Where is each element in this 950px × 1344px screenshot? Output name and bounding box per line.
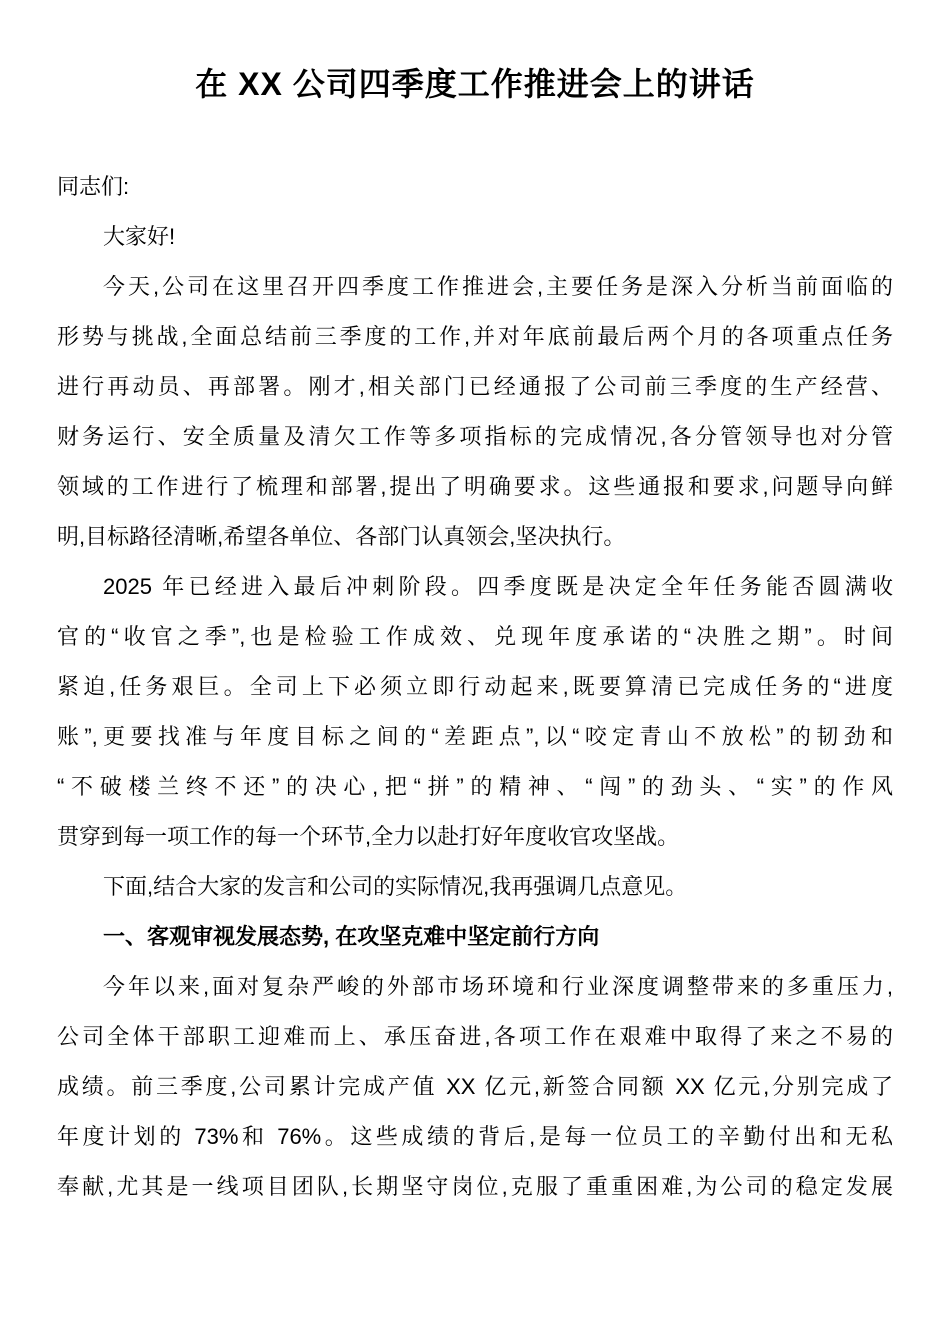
text-line: 官的“收官之季”,也是检验工作成效、兑现年度承诺的“决胜之期”。时间: [57, 612, 893, 662]
text-line: 公司全体干部职工迎难而上、承压奋进,各项工作在艰难中取得了来之不易的: [57, 1012, 893, 1062]
paragraph-heading: 一、客观审视发展态势, 在攻坚克难中坚定前行方向: [57, 912, 893, 962]
text-line: 明,目标路径清晰,希望各单位、各部门认真领会,坚决执行。: [57, 512, 893, 562]
text-line: 一、客观审视发展态势, 在攻坚克难中坚定前行方向: [57, 912, 893, 962]
text-line: 进行再动员、再部署。刚才,相关部门已经通报了公司前三季度的生产经营、: [57, 362, 893, 412]
text-line: 同志们:: [57, 162, 893, 212]
text-line: 贯穿到每一项工作的每一个环节,全力以赴打好年度收官攻坚战。: [57, 812, 893, 862]
text-line: 大家好!: [57, 212, 893, 262]
paragraph-greeting: 大家好!: [57, 212, 893, 262]
paragraph-salutation: 同志们:: [57, 162, 893, 212]
paragraph-body: 2025 年已经进入最后冲刺阶段。四季度既是决定全年任务能否圆满收官的“收官之季…: [57, 562, 893, 862]
document-body: 同志们:大家好!今天,公司在这里召开四季度工作推进会,主要任务是深入分析当前面临…: [57, 162, 893, 1212]
paragraph-body: 下面,结合大家的发言和公司的实际情况,我再强调几点意见。: [57, 862, 893, 912]
text-line: 今天,公司在这里召开四季度工作推进会,主要任务是深入分析当前面临的: [57, 262, 893, 312]
text-line: 财务运行、安全质量及清欠工作等多项指标的完成情况,各分管领导也对分管: [57, 412, 893, 462]
paragraph-body: 今天,公司在这里召开四季度工作推进会,主要任务是深入分析当前面临的形势与挑战,全…: [57, 262, 893, 562]
text-line: 账”,更要找准与年度目标之间的“差距点”,以“咬定青山不放松”的韧劲和: [57, 712, 893, 762]
text-line: 领域的工作进行了梳理和部署,提出了明确要求。这些通报和要求,问题导向鲜: [57, 462, 893, 512]
text-line: “不破楼兰终不还”的决心,把“拼”的精神、“闯”的劲头、“实”的作风: [57, 762, 893, 812]
text-line: 紧迫,任务艰巨。全司上下必须立即行动起来,既要算清已完成任务的“进度: [57, 662, 893, 712]
text-line: 年度计划的 73%和 76%。这些成绩的背后,是每一位员工的辛勤付出和无私: [57, 1112, 893, 1162]
text-line: 奉献,尤其是一线项目团队,长期坚守岗位,克服了重重困难,为公司的稳定发展: [57, 1162, 893, 1212]
text-line: 今年以来,面对复杂严峻的外部市场环境和行业深度调整带来的多重压力,: [57, 962, 893, 1012]
text-line: 下面,结合大家的发言和公司的实际情况,我再强调几点意见。: [57, 862, 893, 912]
document-title: 在 XX 公司四季度工作推进会上的讲话: [0, 64, 950, 104]
paragraph-body: 今年以来,面对复杂严峻的外部市场环境和行业深度调整带来的多重压力,公司全体干部职…: [57, 962, 893, 1212]
document-page: 在 XX 公司四季度工作推进会上的讲话 同志们:大家好!今天,公司在这里召开四季…: [0, 0, 950, 1344]
text-line: 2025 年已经进入最后冲刺阶段。四季度既是决定全年任务能否圆满收: [57, 562, 893, 612]
text-line: 成绩。前三季度,公司累计完成产值 XX 亿元,新签合同额 XX 亿元,分别完成了: [57, 1062, 893, 1112]
text-line: 形势与挑战,全面总结前三季度的工作,并对年底前最后两个月的各项重点任务: [57, 312, 893, 362]
